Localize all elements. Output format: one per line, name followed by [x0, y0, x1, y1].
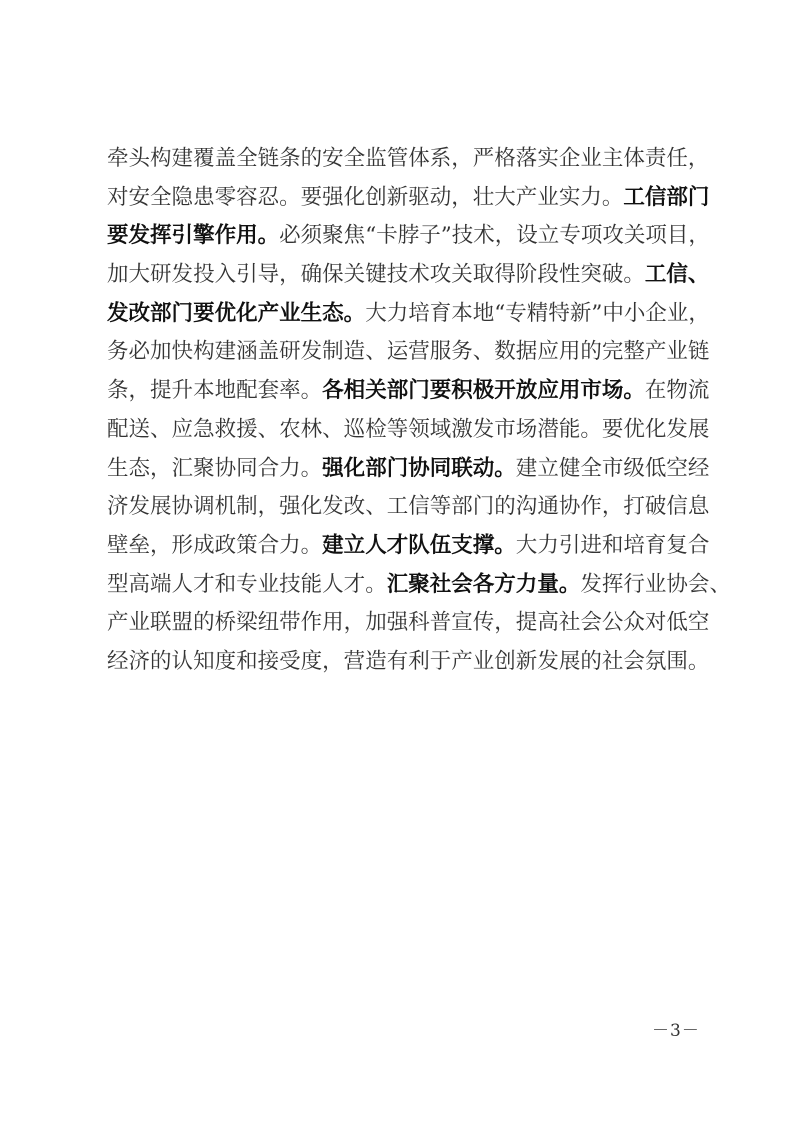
text-line: 发改部门要优化产业生态。大力培育本地“专精特新”中小企业，	[107, 295, 691, 334]
text-line: 要发挥引擎作用。必须聚焦“卡脖子”技术，设立专项攻关项目，	[107, 217, 691, 256]
page-number: －3－	[652, 1016, 700, 1041]
text-line: 牵头构建覆盖全链条的安全监管体系，严格落实企业主体责任，	[107, 140, 691, 179]
text-line: 生态，汇聚协同合力。强化部门协同联动。建立健全市级低空经	[107, 450, 691, 489]
text-line: 型高端人才和专业技能人才。汇聚社会各方力量。发挥行业协会、	[107, 566, 691, 605]
document-page: 牵头构建覆盖全链条的安全监管体系，严格落实企业主体责任，对安全隐患零容忍。要强化…	[0, 0, 793, 1122]
text-line: 对安全隐患零容忍。要强化创新驱动，壮大产业实力。工信部门	[107, 179, 691, 218]
body-paragraph: 牵头构建覆盖全链条的安全监管体系，严格落实企业主体责任，对安全隐患零容忍。要强化…	[107, 140, 691, 682]
text-line: 经济的认知度和接受度，营造有利于产业创新发展的社会氛围。	[107, 643, 691, 682]
text-line: 配送、应急救援、农林、巡检等领域激发市场潜能。要优化发展	[107, 411, 691, 450]
text-line: 加大研发投入引导，确保关键技术攻关取得阶段性突破。工信、	[107, 256, 691, 295]
text-line: 产业联盟的桥梁纽带作用，加强科普宣传，提高社会公众对低空	[107, 604, 691, 643]
text-line: 壁垒，形成政策合力。建立人才队伍支撑。大力引进和培育复合	[107, 527, 691, 566]
text-line: 务必加快构建涵盖研发制造、运营服务、数据应用的完整产业链	[107, 333, 691, 372]
text-line: 条，提升本地配套率。各相关部门要积极开放应用市场。在物流	[107, 372, 691, 411]
text-line: 济发展协调机制，强化发改、工信等部门的沟通协作，打破信息	[107, 488, 691, 527]
